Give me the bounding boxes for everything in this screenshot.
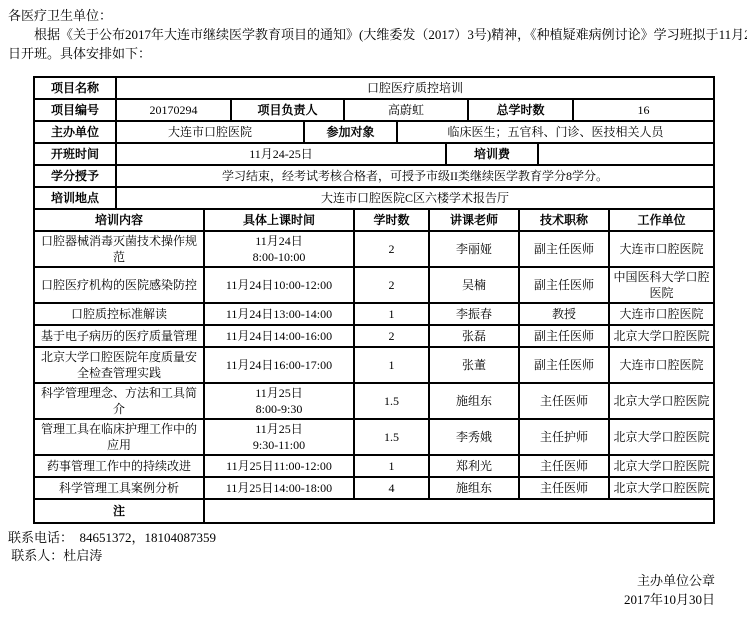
training-content: 口腔质控标准解读 [35,304,205,326]
training-content: 口腔医疗机构的医院感染防控 [35,268,205,304]
venue-value: 大连市口腔医院C区六楼学术报告厅 [117,188,713,210]
project-number-row: 项目编号 20170294 项目负责人 高蔚虹 总学时数 16 [35,100,713,122]
table-row: 科学管理工具案例分析 11月25日14:00-18:00 4 施组东 主任医师 … [35,478,713,500]
header-class-time: 具体上课时间 [205,210,355,232]
work-unit: 北京大学口腔医院 [610,326,713,348]
contact-person-name: 杜启涛 [63,548,102,563]
table-row: 北京大学口腔医院年度质量安全检查管理实践 11月24日16:00-17:00 1… [35,348,713,384]
phone-numbers: 84651372，18104087359 [80,530,217,545]
work-unit: 北京大学口腔医院 [610,384,713,420]
class-time: 11月24日10:00-12:00 [205,268,355,304]
project-name-label: 项目名称 [35,78,117,100]
table-row: 口腔医疗机构的医院感染防控 11月24日10:00-12:00 2 吴楠 副主任… [35,268,713,304]
class-time: 11月25日11:00-12:00 [205,456,355,478]
organizer-row: 主办单位 大连市口腔医院 参加对象 临床医生；五官科、门诊、医技相关人员 [35,122,713,144]
audience-label: 参加对象 [305,122,398,144]
teacher-name: 李秀娥 [430,420,520,456]
project-leader-label: 项目负责人 [232,100,345,122]
seal-text: 主办单位公章 [8,571,715,590]
technical-title: 主任护师 [520,420,610,456]
intro-paragraph: 各医疗卫生单位： 根据《关于公布2017年大连市继续医学教育项目的通知》(大维委… [8,6,739,63]
work-unit: 大连市口腔医院 [610,348,713,384]
start-time-value: 11月24-25日 [117,144,447,166]
table-row: 口腔质控标准解读 11月24日13:00-14:00 1 李振春 教授 大连市口… [35,304,713,326]
venue-row: 培训地点 大连市口腔医院C区六楼学术报告厅 [35,188,713,210]
contact-block: 联系电话： 84651372，18104087359 联系人：杜启涛 [8,529,739,565]
training-content: 科学管理理念、方法和工具简介 [35,384,205,420]
class-time: 11月24日13:00-14:00 [205,304,355,326]
work-unit: 北京大学口腔医院 [610,456,713,478]
technical-title: 主任医师 [520,478,610,500]
hours-value: 2 [355,326,430,348]
work-unit: 北京大学口腔医院 [610,420,713,456]
header-title: 技术职称 [520,210,610,232]
work-unit: 中国医科大学口腔医院 [610,268,713,304]
contact-person-label: 联系人： [11,548,63,563]
hours-value: 1 [355,456,430,478]
start-time-label: 开班时间 [35,144,117,166]
technical-title: 副主任医师 [520,326,610,348]
training-content: 北京大学口腔医院年度质量安全检查管理实践 [35,348,205,384]
header-training-content: 培训内容 [35,210,205,232]
fee-label: 培训费 [447,144,539,166]
work-unit: 北京大学口腔医院 [610,478,713,500]
training-content: 管理工具在临床护理工作中的应用 [35,420,205,456]
work-unit: 大连市口腔医院 [610,232,713,268]
training-content: 口腔器械消毒灭菌技术操作规范 [35,232,205,268]
total-hours-label: 总学时数 [469,100,574,122]
hours-value: 2 [355,268,430,304]
credit-value: 学习结束，经考试考核合格者，可授予市级II类继续医学教育学分8学分。 [117,166,713,188]
teacher-name: 施组东 [430,478,520,500]
hours-value: 1 [355,348,430,384]
credit-label: 学分授予 [35,166,117,188]
teacher-name: 李丽娅 [430,232,520,268]
training-content: 基于电子病历的医疗质量管理 [35,326,205,348]
header-teacher: 讲课老师 [430,210,520,232]
class-time: 11月24日14:00-16:00 [205,326,355,348]
seal-block: 主办单位公章 2017年10月30日 [8,571,715,609]
table-row: 科学管理理念、方法和工具简介 11月25日 8:00-9:30 1.5 施组东 … [35,384,713,420]
credit-row: 学分授予 学习结束，经考试考核合格者，可授予市级II类继续医学教育学分8学分。 [35,166,713,188]
class-time: 11月25日14:00-18:00 [205,478,355,500]
contact-person-line: 联系人：杜启涛 [8,547,739,565]
contact-phone-line: 联系电话： 84651372，18104087359 [8,529,739,547]
training-content: 科学管理工具案例分析 [35,478,205,500]
technical-title: 主任医师 [520,456,610,478]
technical-title: 副主任医师 [520,348,610,384]
training-content: 药事管理工作中的持续改进 [35,456,205,478]
technical-title: 副主任医师 [520,232,610,268]
organizer-value: 大连市口腔医院 [117,122,305,144]
date-text: 2017年10月30日 [8,590,715,609]
intro-line-1: 各医疗卫生单位： [8,6,739,25]
project-table: 项目名称 口腔医疗质控培训 项目编号 20170294 项目负责人 高蔚虹 总学… [33,76,715,524]
hours-value: 1.5 [355,384,430,420]
table-row: 口腔器械消毒灭菌技术操作规范 11月24日 8:00-10:00 2 李丽娅 副… [35,232,713,268]
hours-value: 1.5 [355,420,430,456]
project-name-value: 口腔医疗质控培训 [117,78,713,100]
teacher-name: 李振春 [430,304,520,326]
organizer-label: 主办单位 [35,122,117,144]
class-time: 11月24日16:00-17:00 [205,348,355,384]
total-hours-value: 16 [574,100,713,122]
schedule-header-row: 培训内容 具体上课时间 学时数 讲课老师 技术职称 工作单位 [35,210,713,232]
phone-label: 联系电话： [8,530,73,545]
work-unit: 大连市口腔医院 [610,304,713,326]
class-time: 11月25日 9:30-11:00 [205,420,355,456]
technical-title: 主任医师 [520,384,610,420]
class-time: 11月24日 8:00-10:00 [205,232,355,268]
schedule-rows: 口腔器械消毒灭菌技术操作规范 11月24日 8:00-10:00 2 李丽娅 副… [35,232,713,500]
start-time-row: 开班时间 11月24-25日 培训费 [35,144,713,166]
document-page: 各医疗卫生单位： 根据《关于公布2017年大连市继续医学教育项目的通知》(大维委… [0,0,747,618]
project-number-label: 项目编号 [35,100,117,122]
hours-value: 2 [355,232,430,268]
note-value [205,500,713,522]
hours-value: 1 [355,304,430,326]
project-name-row: 项目名称 口腔医疗质控培训 [35,78,713,100]
header-work-unit: 工作单位 [610,210,713,232]
teacher-name: 吴楠 [430,268,520,304]
class-time: 11月25日 8:00-9:30 [205,384,355,420]
header-hours: 学时数 [355,210,430,232]
teacher-name: 郑利光 [430,456,520,478]
teacher-name: 张董 [430,348,520,384]
table-row: 管理工具在临床护理工作中的应用 11月25日 9:30-11:00 1.5 李秀… [35,420,713,456]
hours-value: 4 [355,478,430,500]
intro-line-3: 日开班。具体安排如下： [8,44,739,63]
teacher-name: 张磊 [430,326,520,348]
venue-label: 培训地点 [35,188,117,210]
project-leader-value: 高蔚虹 [345,100,469,122]
note-row: 注 [35,500,713,522]
technical-title: 教授 [520,304,610,326]
teacher-name: 施组东 [430,384,520,420]
project-number-value: 20170294 [117,100,232,122]
audience-value: 临床医生；五官科、门诊、医技相关人员 [398,122,713,144]
technical-title: 副主任医师 [520,268,610,304]
intro-line-2: 根据《关于公布2017年大连市继续医学教育项目的通知》(大维委发（2017）3号… [8,25,739,44]
table-row: 基于电子病历的医疗质量管理 11月24日14:00-16:00 2 张磊 副主任… [35,326,713,348]
note-label: 注 [35,500,205,522]
fee-value [539,144,713,166]
table-row: 药事管理工作中的持续改进 11月25日11:00-12:00 1 郑利光 主任医… [35,456,713,478]
